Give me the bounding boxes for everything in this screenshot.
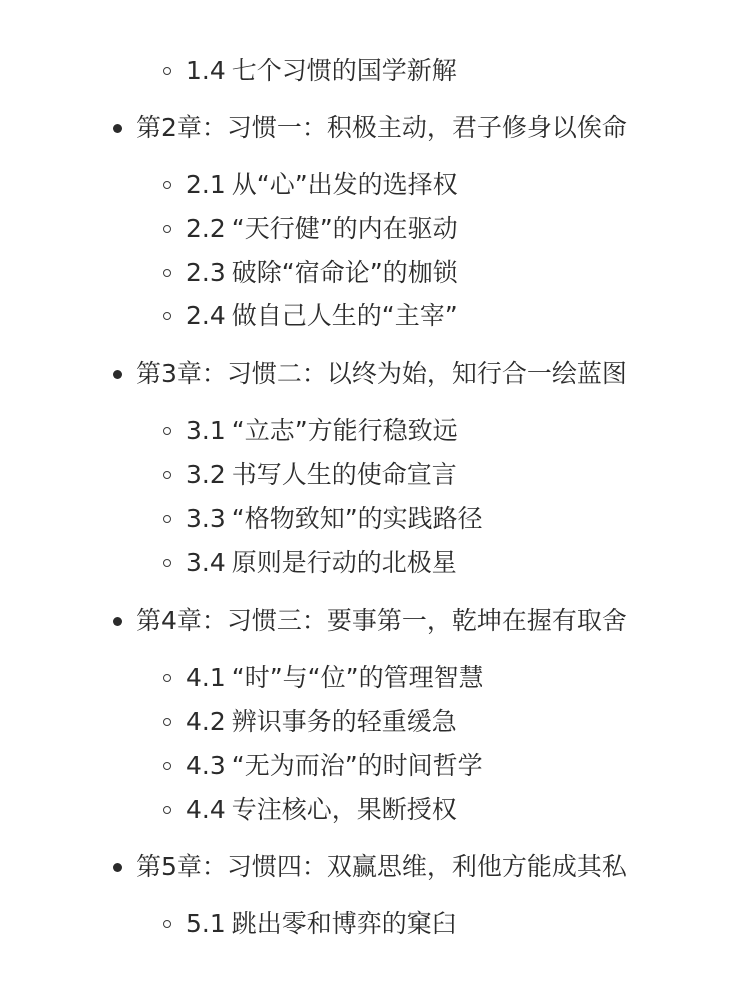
toc-section-3-4[interactable]: 3.4 原则是行动的北极星 [163, 546, 457, 580]
section-number: 2.1 [186, 168, 226, 202]
hollow-bullet-icon [163, 427, 171, 435]
section-number: 2.4 [186, 299, 226, 333]
toc-section-2-4[interactable]: 2.4 做自己人生的“主宰” [163, 299, 458, 333]
section-number: 4.4 [186, 793, 226, 827]
hollow-bullet-icon [163, 718, 171, 726]
toc-section-3-1[interactable]: 3.1 “立志”方能行稳致远 [163, 414, 458, 448]
toc-section-2-2[interactable]: 2.2 “天行健”的内在驱动 [163, 212, 458, 246]
hollow-bullet-icon [163, 806, 171, 814]
section-title: 辨识事务的轻重缓急 [232, 705, 457, 739]
toc-chapter-2[interactable]: 第2章：习惯一：积极主动，君子修身以俟命 [113, 111, 627, 145]
section-number: 3.1 [186, 414, 226, 448]
section-title: “立志”方能行稳致远 [232, 414, 458, 448]
section-number: 4.1 [186, 661, 226, 695]
hollow-bullet-icon [163, 471, 171, 479]
toc-section-3-3[interactable]: 3.3 “格物致知”的实践路径 [163, 502, 483, 536]
chapter-title: 第5章：习惯四：双赢思维，利他方能成其私 [136, 850, 627, 884]
section-title: 专注核心，果断授权 [232, 793, 457, 827]
section-number: 3.4 [186, 546, 226, 580]
toc-section-5-1[interactable]: 5.1 跳出零和博弈的窠臼 [163, 907, 457, 941]
section-title: 做自己人生的“主宰” [232, 299, 458, 333]
section-number: 4.2 [186, 705, 226, 739]
section-title: “格物致知”的实践路径 [232, 502, 483, 536]
toc-section-4-1[interactable]: 4.1 “时”与“位”的管理智慧 [163, 661, 484, 695]
hollow-bullet-icon [163, 67, 171, 75]
section-number: 5.1 [186, 907, 226, 941]
solid-bullet-icon [113, 617, 122, 626]
hollow-bullet-icon [163, 225, 171, 233]
section-number: 2.2 [186, 212, 226, 246]
section-title: “无为而治”的时间哲学 [232, 749, 483, 783]
solid-bullet-icon [113, 124, 122, 133]
hollow-bullet-icon [163, 920, 171, 928]
section-number: 3.2 [186, 458, 226, 492]
toc-section-2-3[interactable]: 2.3 破除“宿命论”的枷锁 [163, 256, 458, 290]
section-title: “时”与“位”的管理智慧 [232, 661, 484, 695]
toc-section-4-2[interactable]: 4.2 辨识事务的轻重缓急 [163, 705, 457, 739]
toc-section-4-3[interactable]: 4.3 “无为而治”的时间哲学 [163, 749, 483, 783]
hollow-bullet-icon [163, 674, 171, 682]
chapter-title: 第3章：习惯二：以终为始，知行合一绘蓝图 [136, 357, 627, 391]
section-title: 书写人生的使命宣言 [232, 458, 457, 492]
toc-section-2-1[interactable]: 2.1 从“心”出发的选择权 [163, 168, 458, 202]
section-title: 原则是行动的北极星 [232, 546, 457, 580]
solid-bullet-icon [113, 370, 122, 379]
hollow-bullet-icon [163, 559, 171, 567]
hollow-bullet-icon [163, 515, 171, 523]
hollow-bullet-icon [163, 181, 171, 189]
toc-section-4-4[interactable]: 4.4 专注核心，果断授权 [163, 793, 457, 827]
section-title: “天行健”的内在驱动 [232, 212, 458, 246]
hollow-bullet-icon [163, 312, 171, 320]
toc-section-3-2[interactable]: 3.2 书写人生的使命宣言 [163, 458, 457, 492]
chapter-title: 第4章：习惯三：要事第一，乾坤在握有取舍 [136, 604, 627, 638]
toc-chapter-3[interactable]: 第3章：习惯二：以终为始，知行合一绘蓝图 [113, 357, 627, 391]
section-number: 4.3 [186, 749, 226, 783]
section-title: 七个习惯的国学新解 [232, 54, 457, 88]
section-number: 2.3 [186, 256, 226, 290]
toc-chapter-5[interactable]: 第5章：习惯四：双赢思维，利他方能成其私 [113, 850, 627, 884]
section-number: 1.4 [186, 54, 226, 88]
section-title: 从“心”出发的选择权 [232, 168, 458, 202]
toc-section-1-4[interactable]: 1.4 七个习惯的国学新解 [163, 54, 457, 88]
hollow-bullet-icon [163, 269, 171, 277]
section-number: 3.3 [186, 502, 226, 536]
hollow-bullet-icon [163, 762, 171, 770]
section-title: 破除“宿命论”的枷锁 [232, 256, 458, 290]
chapter-title: 第2章：习惯一：积极主动，君子修身以俟命 [136, 111, 627, 145]
toc-chapter-4[interactable]: 第4章：习惯三：要事第一，乾坤在握有取舍 [113, 604, 627, 638]
section-title: 跳出零和博弈的窠臼 [232, 907, 457, 941]
solid-bullet-icon [113, 863, 122, 872]
